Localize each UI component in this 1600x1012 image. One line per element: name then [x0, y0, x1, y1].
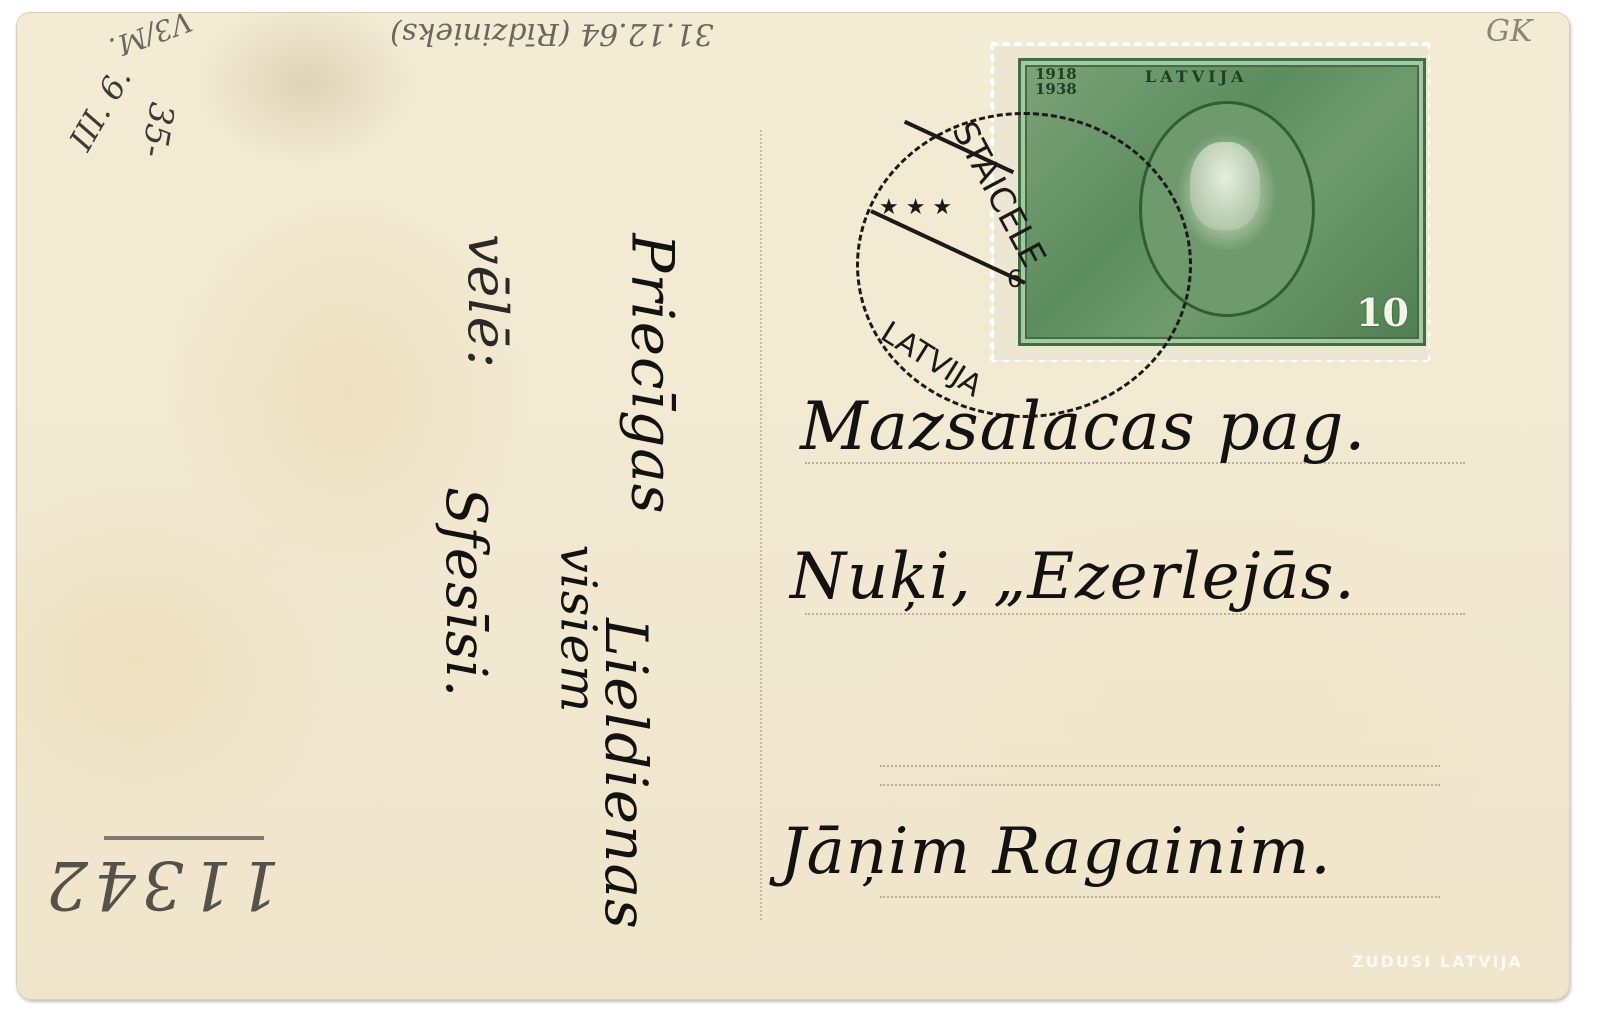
pencil-date-note: 31.12.64 (Rīdzinieks): [390, 16, 714, 51]
pencil-corner-note: GK: [1486, 14, 1532, 49]
address-rule: [880, 896, 1440, 898]
address-line-1: Mazsalacas pag.: [800, 388, 1366, 465]
postcard-divider: [760, 130, 762, 920]
portrait-face: [1190, 142, 1260, 230]
address-rule: [880, 784, 1440, 786]
watermark: ZUDUSI LATVIJA: [1352, 952, 1523, 971]
stamp-value: 10: [1356, 290, 1409, 335]
stamp-years: 1918 1938: [1035, 67, 1077, 97]
address-rule: [880, 765, 1440, 767]
stamp-year-end: 1938: [1035, 82, 1077, 97]
message-line-4: vēlē:: [456, 234, 519, 369]
pencil-underline: [104, 836, 264, 840]
address-line-3: Jāņim Ragainim.: [780, 815, 1332, 889]
message-line-3: visiem: [549, 545, 607, 714]
message-line-1: Priecīgas: [619, 233, 687, 514]
message-signature: Sfesīsi.: [433, 487, 498, 698]
pencil-inventory-number: 11342: [40, 846, 280, 923]
stamp-country: LATVIJA: [1145, 67, 1248, 86]
postmark: ★ ★ ★ STAICELE 6 LATVIJA: [856, 112, 1192, 418]
address-line-2: Nuķi, „Ezerlejās.: [790, 540, 1356, 614]
postmark-day: 6: [1007, 265, 1022, 293]
postmark-stars-icon: ★ ★ ★: [879, 195, 952, 220]
